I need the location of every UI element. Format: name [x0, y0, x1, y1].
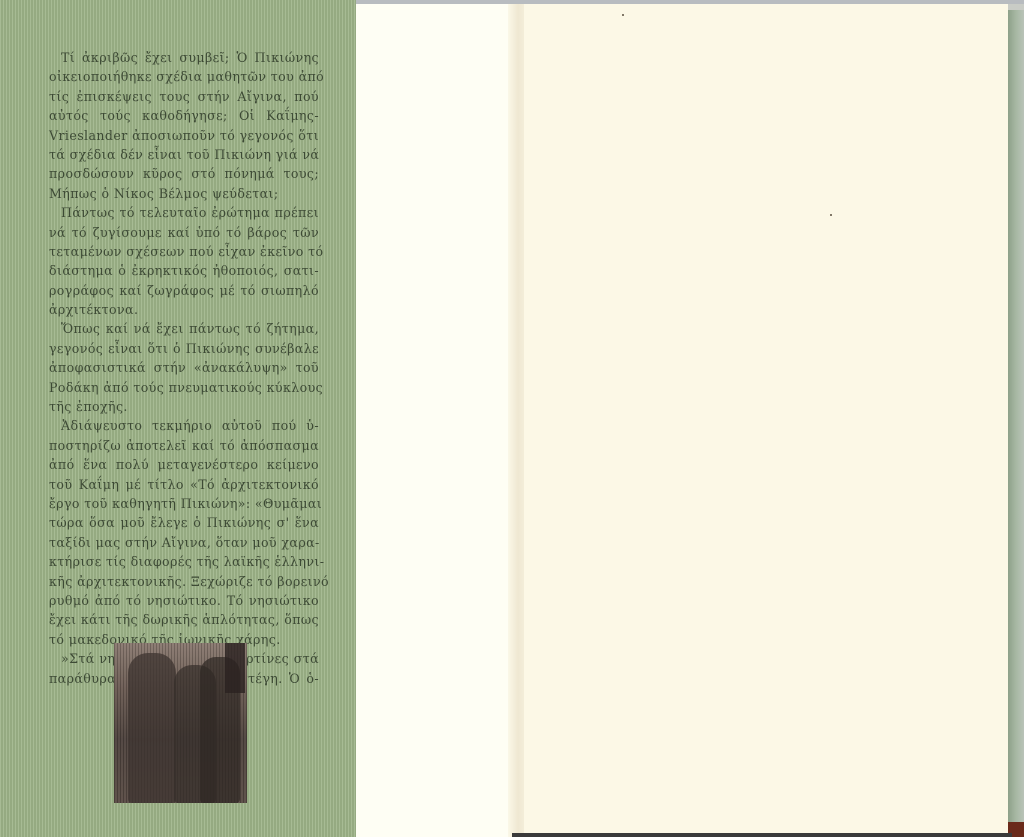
text-line: κῆς ἀρχιτεκτονικῆς. Ξεχώριζε τό βορεινό	[49, 572, 319, 591]
text-line: τοῦ Καΐμη μέ τίτλο «Τό ἀρχιτεκτονικό	[49, 475, 319, 494]
text-line: ἀπό ἕνα πολύ μεταγενέστερο κείμενο	[49, 455, 319, 474]
text-line: Ἀδιάψευστο τεκμήριο αὐτοῦ πού ὑ-	[49, 416, 319, 435]
text-line: ἀποφασιστικά στήν «ἀνακάλυψη» τοῦ	[49, 358, 319, 377]
text-line: τεταμένων σχέσεων πού εἶχαν ἐκεῖνο τό	[49, 242, 319, 261]
text-line: Τί ἀκριβῶς ἔχει συμβεῖ; Ὁ Πικιώνης	[49, 48, 319, 67]
text-line: ταξίδι μας στήν Αἴγινα, ὅταν μοῦ χαρα-	[49, 533, 319, 552]
text-line: αὐτός τούς καθοδήγησε; Οἱ Καΐμης-	[49, 106, 319, 125]
text-line: Πάντως τό τελευταῖο ἐρώτημα πρέπει	[49, 203, 319, 222]
text-line: ποστηρίζω ἀποτελεῖ καί τό ἀπόσπασμα	[49, 436, 319, 455]
book-cover-edge	[1008, 10, 1024, 837]
text-line: οἰκειοποιήθηκε σχέδια μαθητῶν του ἀπό	[49, 67, 319, 86]
text-line: προσδώσουν κῦρος στό πόνημά τους;	[49, 164, 319, 183]
text-line: τώρα ὅσα μοῦ ἔλεγε ὁ Πικιώνης σ' ἕνα	[49, 513, 319, 532]
text-line: Ὅπως καί νά ἔχει πάντως τό ζήτημα,	[49, 319, 319, 338]
text-line: ρυθμό ἀπό τό νησιώτικο. Τό νησιώτικο	[49, 591, 319, 610]
photo-figure-left	[128, 653, 176, 803]
text-line: γεγονός εἶναι ὅτι ὁ Πικιώνης συνέβαλε	[49, 339, 319, 358]
text-line: ἔργο τοῦ καθηγητῆ Πικιώνη»: «Θυμᾶμαι	[49, 494, 319, 513]
right-page-blank	[524, 4, 1008, 833]
text-line: τά σχέδια δέν εἶναι τοῦ Πικιώνη γιά νά	[49, 145, 319, 164]
text-line: τῆς ἐποχῆς.	[49, 397, 319, 416]
text-line: Vrieslander ἀποσιωποῦν τό γεγονός ὅτι	[49, 126, 319, 145]
paper-speck	[622, 14, 624, 16]
text-line: ἔχει κάτι τῆς δωρικῆς ἁπλότητας, ὅπως	[49, 610, 319, 629]
text-line: νά τό ζυγίσουμε καί ὑπό τό βάρος τῶν	[49, 223, 319, 242]
text-line: ρογράφος καί ζωγράφος μέ τό σιωπηλό	[49, 281, 319, 300]
left-page-green: Τί ἀκριβῶς ἔχει συμβεῖ; Ὁ Πικιώνηςοἰκειο…	[0, 0, 356, 837]
text-line: ἀρχιτέκτονα.	[49, 300, 319, 319]
text-line: τίς ἐπισκέψεις τους στήν Αἴγινα, πού	[49, 87, 319, 106]
body-text: Τί ἀκριβῶς ἔχει συμβεῖ; Ὁ Πικιώνηςοἰκειο…	[49, 48, 319, 688]
photo-background-pillar	[225, 643, 245, 693]
page-bottom-shadow	[512, 833, 1012, 837]
paper-speck	[830, 214, 832, 216]
text-line: κτήρισε τίς διαφορές τῆς λαϊκῆς ἑλληνι-	[49, 552, 319, 571]
sepia-photograph	[114, 643, 247, 803]
blank-inner-leaf	[356, 4, 514, 837]
text-line: Ροδάκη ἀπό τούς πνευματικούς κύκλους	[49, 378, 319, 397]
text-line: διάστημα ὁ ἐκρηκτικός ἠθοποιός, σατι-	[49, 261, 319, 280]
text-line: Μήπως ὁ Νίκος Βέλμος ψεύδεται;	[49, 184, 319, 203]
